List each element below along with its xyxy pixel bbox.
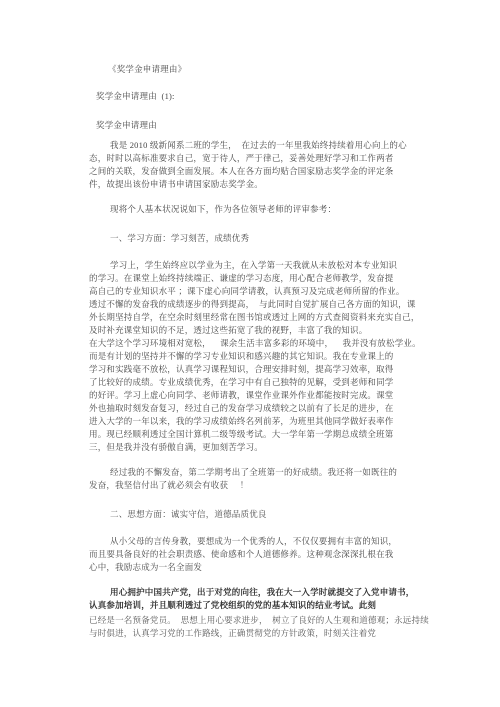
document-subtitle: 奖学金申请理由 (1):	[89, 90, 412, 103]
text-line: 发奋，我坚信付出了就必须会有收获 ！	[89, 479, 412, 492]
text-line: 奖学金申请理由	[89, 119, 412, 132]
text-line: 三，但是我并没有骄傲自满，更加刻苦学习。	[89, 441, 412, 454]
text-line: 二、思想方面：诚实守信，道德品质优良	[89, 508, 412, 521]
intro-paragraph: 我是 2010 级新闻系二班的学生， 在过去的一年里我始终持续着用心向上的心态，…	[89, 139, 412, 191]
text-line: 外长期坚持自学，在空余时刻里经常在图书馆或透过上网的方式查阅资料来充实自己，	[89, 311, 412, 324]
text-line: 奖学金申请理由 (1):	[89, 90, 412, 103]
text-line: 我是 2010 级新闻系二班的学生， 在过去的一年里我始终持续着用心向上的心	[89, 139, 412, 152]
text-line: 件，故提出该份申请书申请国家励志奖学金。	[89, 178, 412, 191]
text-line: 心中，我励志成为一名全面发	[89, 561, 412, 574]
text-line: 学习和实践毫不放松，认真学习课程知识，合理安排时刻，提高学习效率，取得	[89, 363, 412, 376]
text-line: 在大学这个学习环境相对宽松， 课余生活丰富多彩的环境中， 我并没有放松学业。	[89, 337, 412, 350]
text-line: 高自己的专业知识水平 ；课下虚心向同学请教，认真预习及完成老师所留的作业。	[89, 285, 412, 298]
document-title: 《奖学金申请理由》	[89, 63, 412, 76]
text-line: 及时补充课堂知识的不足，透过这些拓宽了我的视野，丰富了我的知识。	[89, 324, 412, 337]
party-paragraph-emphasis: 用心拥护中国共产党，出于对党的向往，我在大一入学时就提交了入党申请书，认真参加培…	[89, 586, 412, 612]
text-line: 的学习。在课堂上始终持续端正、谦虚的学习态度，用心配合老师教学，发奋提	[89, 272, 412, 285]
text-line: 已经是一名预备党员。 思想上用心要求进步， 树立了良好的人生观和道德观；永远持续	[89, 614, 412, 627]
text-line: 之间的关联，发奋做到全面发展。本人在各方面均贴合国家励志奖学金的评定条	[89, 165, 412, 178]
text-line: 与时俱进，认真学习党的工作路线，正确贯彻党的方针政策，时刻关注着党	[89, 627, 412, 640]
ideology-paragraph: 从小父母的言传身教，要想成为一个优秀的人，不仅仅要拥有丰富的知识，而且要具备良好…	[89, 535, 412, 574]
text-line: 用心拥护中国共产党，出于对党的向往，我在大一入学时就提交了入党申请书，	[89, 586, 412, 599]
text-line: 一、学习方面：学习刻苦，成绩优秀	[89, 232, 412, 245]
document-subtitle: 奖学金申请理由	[89, 119, 412, 132]
text-line: 现将个人基本状况说如下，作为各位领导老师的评审参考：	[89, 203, 412, 216]
text-line: 了比较好的成绩。专业成绩优秀，在学习中有自己独特的见解，受到老师和同学	[89, 376, 412, 389]
document-body: 《奖学金申请理由》奖学金申请理由 (1):奖学金申请理由我是 2010 级新闻系…	[89, 63, 412, 640]
party-paragraph-tail: 已经是一名预备党员。 思想上用心要求进步， 树立了良好的人生观和道德观；永远持续…	[89, 614, 412, 640]
text-line: 透过不懈的发奋我的成绩逐步的得到提高， 与此同时自觉扩展自己各方面的知识，课	[89, 298, 412, 311]
section-heading-study: 一、学习方面：学习刻苦，成绩优秀	[89, 232, 412, 245]
lead-in-paragraph: 现将个人基本状况说如下，作为各位领导老师的评审参考：	[89, 203, 412, 216]
text-line: 《奖学金申请理由》	[89, 63, 412, 76]
text-line: 认真参加培训，并且顺利透过了党校组织的党的基本知识的结业考试。此刻	[89, 599, 412, 612]
study-paragraph: 学习上，学生始终应以学业为主，在入学第一天我就从未放松对本专业知识的学习。在课堂…	[89, 259, 412, 454]
text-line: 经过我的不懈发奋，第二学期考出了全班第一的好成绩。我还将一如既往的	[89, 466, 412, 479]
text-line: 而且要具备良好的社会职责感、使命感和个人道德修养。这种观念深深扎根在我	[89, 548, 412, 561]
text-line: 而是有计划的坚持并不懈的学习专业知识和感兴趣的其它知识。我在专业课上的	[89, 350, 412, 363]
text-line: 用。现已经顺利透过全国计算机二级等级考试。大一学年第一学期总成绩全班第	[89, 428, 412, 441]
text-line: 外也抽取时刻发奋复习，经过自己的发奋学习成绩较之以前有了长足的进步，在	[89, 402, 412, 415]
text-line: 的好评。学习上虚心向同学、老师请教，课堂作业课外作业都能按时完成。课堂	[89, 389, 412, 402]
text-line: 进入大学的一年以来，我的学习成绩始终名列前茅，为班里其他同学做好表率作	[89, 415, 412, 428]
section-heading-ideology: 二、思想方面：诚实守信，道德品质优良	[89, 508, 412, 521]
text-line: 从小父母的言传身教，要想成为一个优秀的人，不仅仅要拥有丰富的知识，	[89, 535, 412, 548]
text-line: 态，时时以高标准要求自己，宽于待人，严于律己，妥善处理好学习和工作两者	[89, 152, 412, 165]
text-line: 学习上，学生始终应以学业为主，在入学第一天我就从未放松对本专业知识	[89, 259, 412, 272]
document-page: 《奖学金申请理由》奖学金申请理由 (1):奖学金申请理由我是 2010 级新闻系…	[0, 0, 500, 707]
achievement-paragraph: 经过我的不懈发奋，第二学期考出了全班第一的好成绩。我还将一如既往的发奋，我坚信付…	[89, 466, 412, 492]
